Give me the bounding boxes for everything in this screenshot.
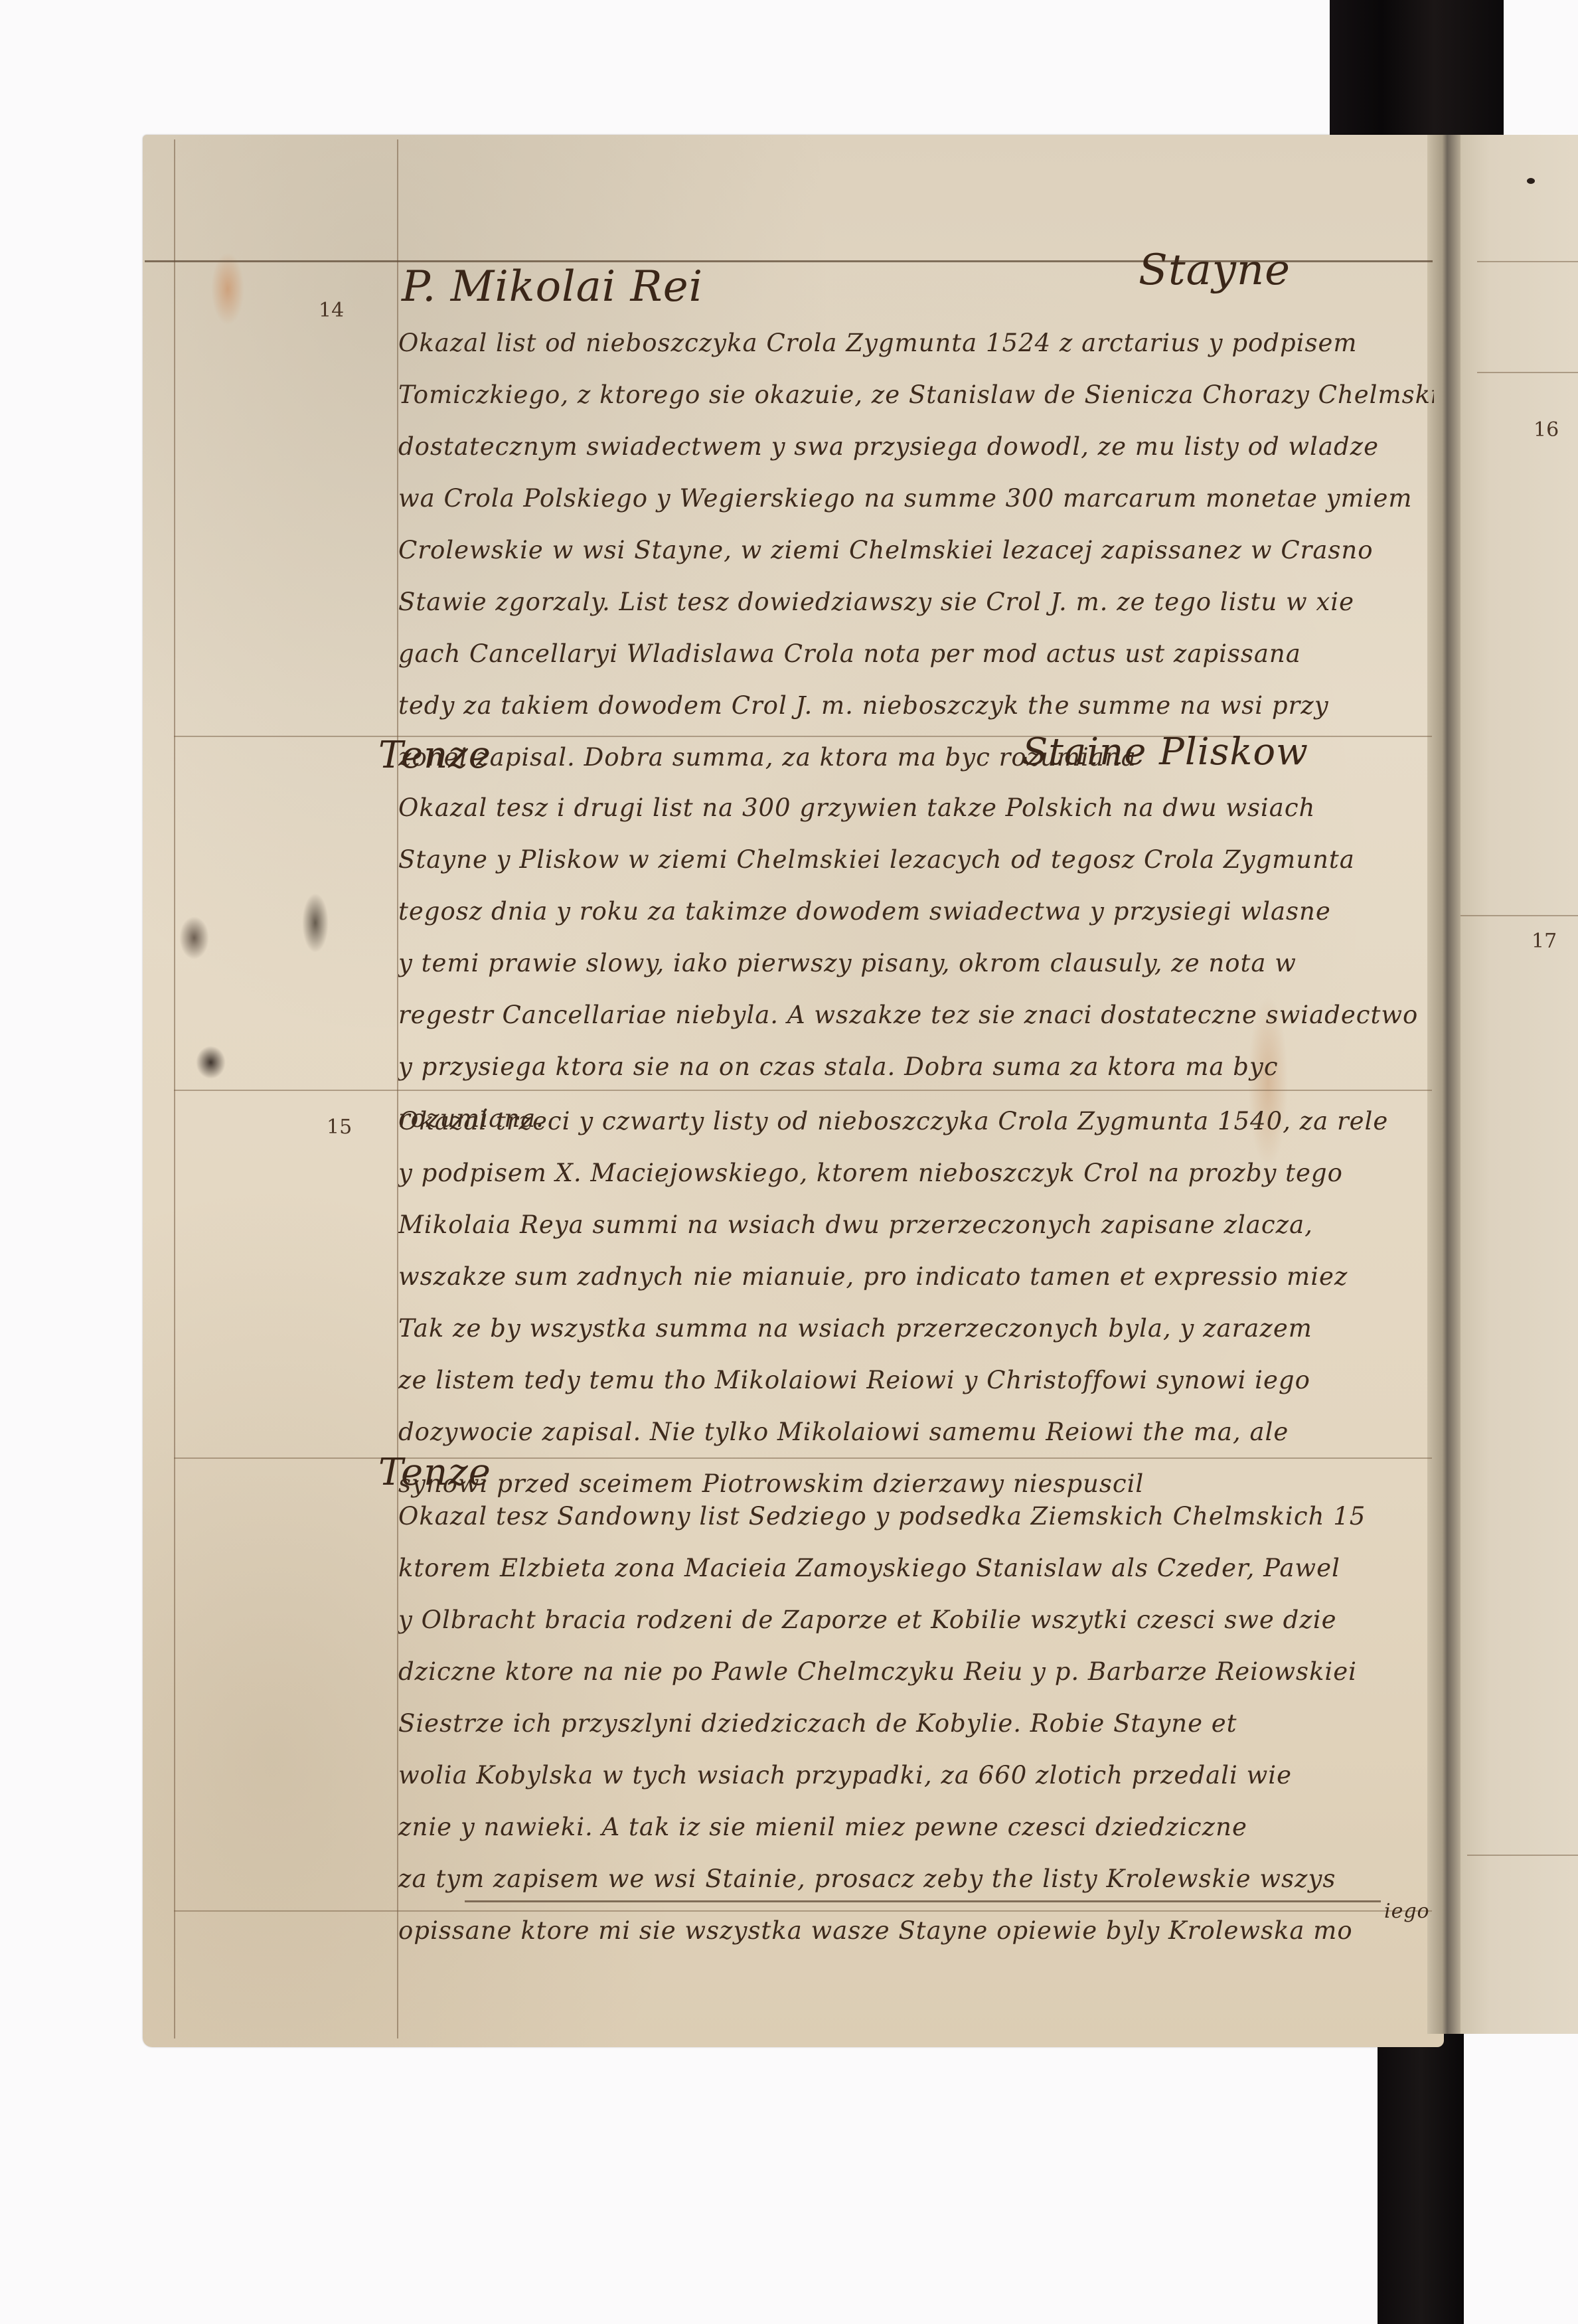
entry-line: za tym zapisem we wsi Stainie, prosacz z… <box>398 1853 1434 1905</box>
entry-line: Mikolaia Reya summi na wsiach dwu przerz… <box>398 1199 1434 1251</box>
page-heading-name: P. Mikolai Rei <box>402 262 703 311</box>
entry-line: dostatecznym swiadectwem y swa przysiega… <box>398 421 1434 473</box>
entry-line: y Olbracht bracia rodzeni de Zaporze et … <box>398 1594 1434 1646</box>
margin-number: 15 <box>327 1116 352 1139</box>
entry-line: znie y nawieki. A tak iz sie mienil miez… <box>398 1801 1434 1853</box>
book-binding-bottom <box>1378 2032 1464 2324</box>
entry-place: Staine Pliskow <box>1022 730 1308 774</box>
entry-line: wszakze sum zadnych nie mianuie, pro ind… <box>398 1251 1434 1303</box>
entry-line: Stawie zgorzaly. List tesz dowiedziawszy… <box>398 576 1434 628</box>
entry-line: regestr Cancellariae niebyla. A wszakze … <box>398 989 1434 1041</box>
right-page-number: 16 <box>1534 418 1559 442</box>
rust-stain <box>211 252 244 325</box>
manuscript-page-right-edge <box>1460 135 1578 2034</box>
entry-line: tedy za takiem dowodem Crol J. m. niebos… <box>398 680 1434 732</box>
entry-line: Okazal list od nieboszczyka Crola Zygmun… <box>398 317 1434 369</box>
entry-line: dozywocie zapisal. Nie tylko Mikolaiowi … <box>398 1406 1434 1458</box>
entry-line: tegosz dnia y roku za takimze dowodem sw… <box>398 886 1434 938</box>
entry-line: dziczne ktore na nie po Pawle Chelmczyku… <box>398 1646 1434 1698</box>
entry-line: Tomiczkiego, z ktorego sie okazuie, ze S… <box>398 369 1434 421</box>
entry-line: y temi prawie slowy, iako pierwszy pisan… <box>398 938 1434 989</box>
ruling-right-page <box>1460 915 1578 916</box>
entry-2: Okazal tesz i drugi list na 300 grzywien… <box>398 782 1434 1145</box>
margin-number: 14 <box>319 299 344 322</box>
page-heading-place: Stayne <box>1139 246 1291 295</box>
ruling-right-page <box>1477 261 1578 262</box>
ruling-right-page <box>1477 372 1578 373</box>
ruling-right-page <box>1467 1855 1578 1856</box>
entry-line: ktorem Elzbieta zona Macieia Zamoyskiego… <box>398 1542 1434 1594</box>
book-binding-top <box>1330 0 1504 139</box>
entry-4: Okazal tesz Sandowny list Sedziego y pod… <box>398 1491 1434 1957</box>
entry-line: y przysiega ktora sie na on czas stala. … <box>398 1041 1434 1093</box>
entry-line: Siestrze ich przyszlyni dziedziczach de … <box>398 1698 1434 1750</box>
ink-blot <box>179 916 209 959</box>
ink-blot <box>302 893 329 953</box>
entry-line: wolia Kobylska w tych wsiach przypadki, … <box>398 1750 1434 1801</box>
entry-line: Tak ze by wszystka summa na wsiach przer… <box>398 1303 1434 1355</box>
ruling-margin-outer <box>174 139 175 2038</box>
entry-line: opissane ktore mi sie wszystka wasze Sta… <box>398 1905 1434 1957</box>
catchword: iego <box>1384 1886 1430 1938</box>
entry-1: Okazal list od nieboszczyka Crola Zygmun… <box>398 317 1434 784</box>
entry-line: ze listem tedy temu tho Mikolaiowi Reiow… <box>398 1355 1434 1406</box>
entry-3: Okazal trzeci y czwarty listy od niebosz… <box>398 1096 1434 1510</box>
entry-line: Stayne y Pliskow w ziemi Chelmskiei leza… <box>398 834 1434 886</box>
entry-line: wa Crola Polskiego y Wegierskiego na sum… <box>398 473 1434 525</box>
entry-line: Okazal tesz i drugi list na 300 grzywien… <box>398 782 1434 834</box>
entry-heading: Tenze <box>378 734 491 777</box>
entry-line: y podpisem X. Maciejowskiego, ktorem nie… <box>398 1147 1434 1199</box>
ink-blot <box>196 1046 226 1079</box>
entry-line: Okazal trzeci y czwarty listy od niebosz… <box>398 1096 1434 1147</box>
entry-line: gach Cancellaryi Wladislawa Crola nota p… <box>398 628 1434 680</box>
entry-line: Crolewskie w wsi Stayne, w ziemi Chelmsk… <box>398 525 1434 576</box>
right-page-number: 17 <box>1532 930 1557 953</box>
entry-line: Okazal tesz Sandowny list Sedziego y pod… <box>398 1491 1434 1542</box>
ink-dot <box>1527 178 1535 184</box>
entry-heading: Tenze <box>378 1451 491 1494</box>
